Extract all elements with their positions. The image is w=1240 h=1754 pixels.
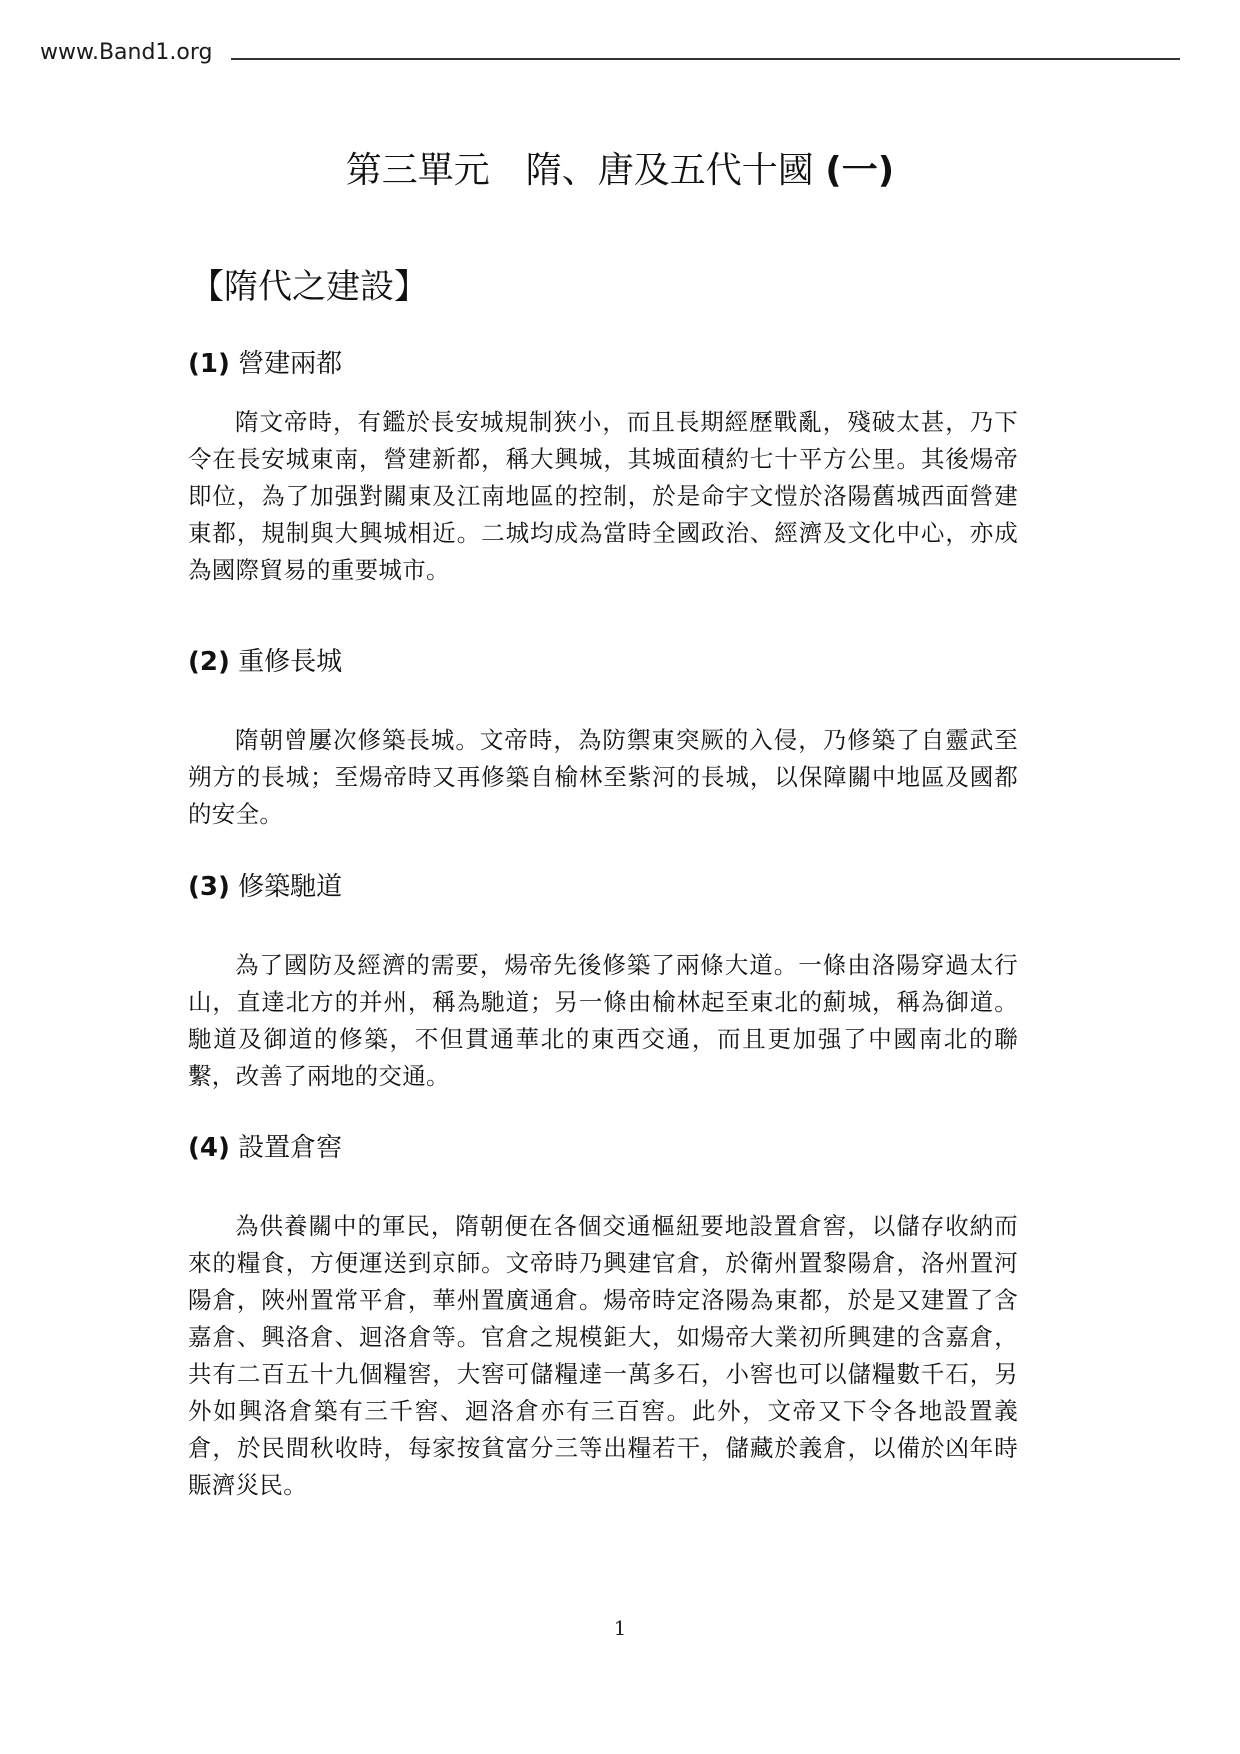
subsection-heading-text: 重修長城 [238,647,342,677]
subsection-paragraph-4: 為供養關中的軍民，隋朝便在各個交通樞紐要地設置倉窖，以儲存收納而來的糧食，方便運… [188,1208,1018,1504]
subsection-heading-1: (1) 營建兩都 [188,346,342,382]
subsection-paragraph-1: 隋文帝時，有鑑於長安城規制狹小，而且長期經歷戰亂，殘破太甚，乃下令在長安城東南，… [188,404,1018,589]
subsection-heading-4: (4) 設置倉窖 [188,1130,342,1166]
title-main: 第三單元 隋、唐及五代十國 [346,150,814,191]
subsection-number: (2) [188,647,230,677]
subsection-number: (1) [188,349,230,379]
subsection-paragraph-2: 隋朝曾屢次修築長城。文帝時，為防禦東突厥的入侵，乃修築了自靈武至朔方的長城；至煬… [188,722,1018,833]
subsection-heading-text: 營建兩都 [238,349,342,379]
subsection-paragraph-3: 為了國防及經濟的需要，煬帝先後修築了兩條大道。一條由洛陽穿過太行山，直達北方的并… [188,947,1018,1095]
subsection-heading-text: 修築馳道 [238,872,342,902]
page-header: www.Band1.org [40,28,1180,68]
subsection-heading-3: (3) 修築馳道 [188,869,342,905]
site-url: www.Band1.org [40,38,213,68]
subsection-heading-text: 設置倉窖 [238,1133,342,1163]
subsection-heading-2: (2) 重修長城 [188,644,342,680]
page-title: 第三單元 隋、唐及五代十國 (一) [0,146,1240,196]
subsection-number: (3) [188,872,230,902]
page-number: 1 [0,1616,1240,1640]
section-title: 【隋代之建設】 [190,262,428,312]
header-rule [231,58,1180,60]
title-part: (一) [825,150,894,191]
subsection-number: (4) [188,1133,230,1163]
